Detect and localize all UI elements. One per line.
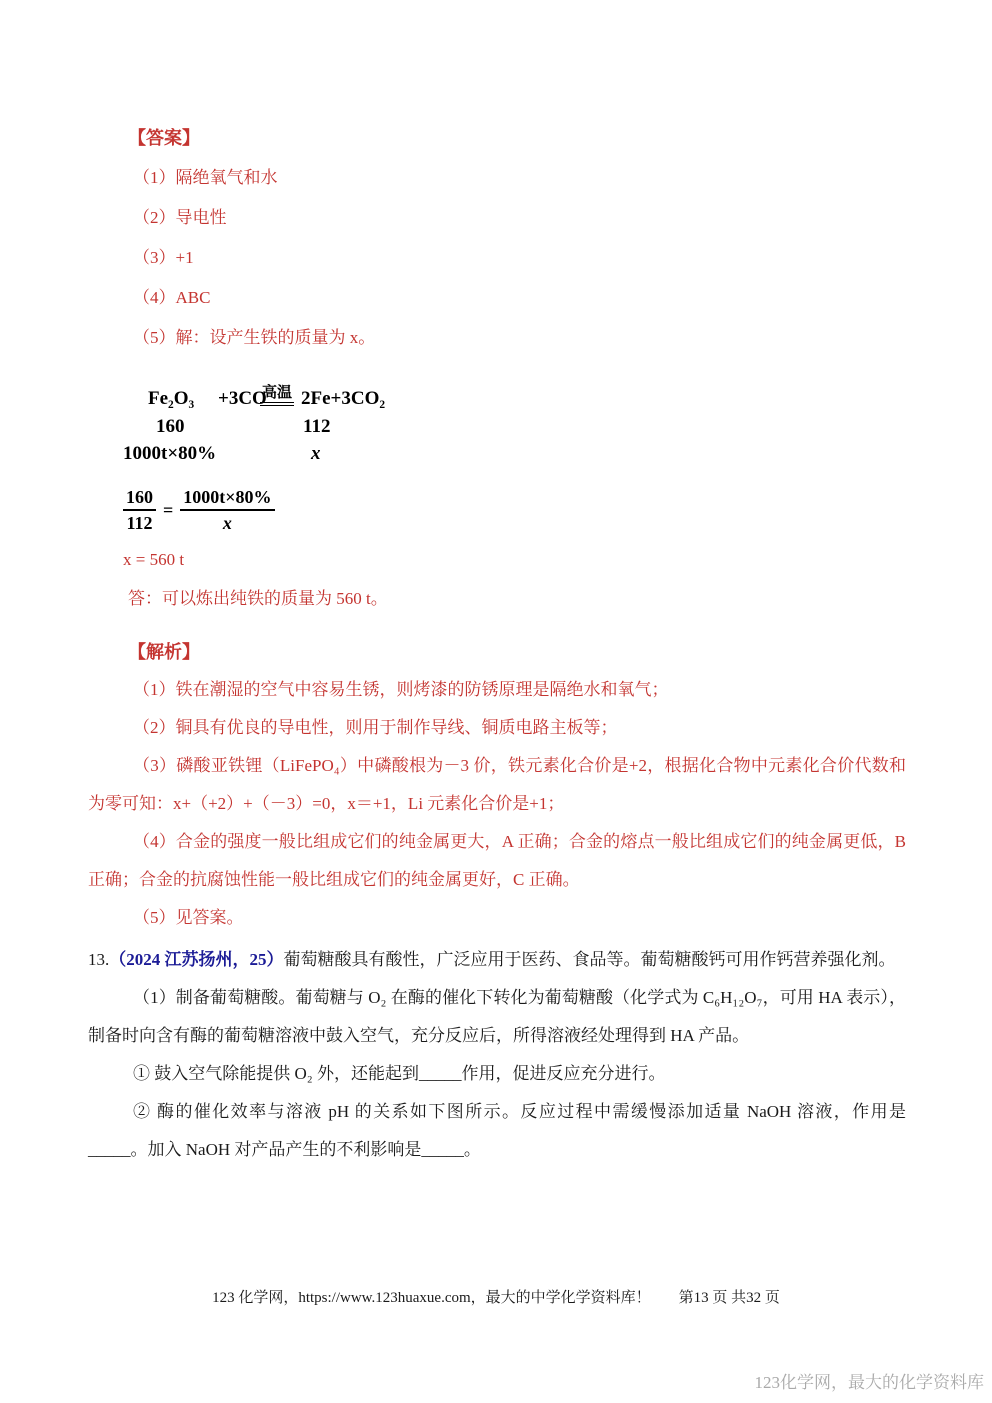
equation-unknown-x: x xyxy=(311,443,321,465)
document-page: 【答案】 （1）隔绝氧气和水 （2）导电性 （3）+1 （4）ABC （5）解：… xyxy=(0,0,992,1403)
question-13-part1: （1）制备葡萄糖酸。葡萄糖与 O₂ 在酶的催化下转化为葡萄糖酸（化学式为 C₆H… xyxy=(88,979,906,1055)
analysis-item-3: （3）磷酸亚铁锂（LiFePO₄）中磷酸根为－3 价，铁元素化合价是+2，根据化… xyxy=(88,747,906,823)
question-13: 13.（2024 江苏扬州，25）葡萄糖酸具有酸性，广泛应用于医药、食品等。葡萄… xyxy=(88,941,906,1169)
equation-molar-mass-product: 112 xyxy=(303,416,330,438)
footer-site-info: 123 化学网，https://www.123huaxue.com，最大的中学化… xyxy=(212,1290,651,1306)
answer-item-5: （5）解：设产生铁的质量为 x。 xyxy=(88,318,906,358)
equals-sign: = xyxy=(163,500,173,521)
fraction-left-denominator: 112 xyxy=(123,511,156,534)
proportion-equation: 160 112 = 1000t×80% x xyxy=(123,484,906,536)
analysis-item-4: （4）合金的强度一般比组成它们的纯金属更大，A 正确；合金的熔点一般比组成它们的… xyxy=(88,823,906,899)
answer-item-3: （3）+1 xyxy=(88,238,906,278)
question-stem: 葡萄糖酸具有酸性，广泛应用于医药、食品等。葡萄糖酸钙可用作钙营养强化剂。 xyxy=(284,950,896,969)
fraction-right-denominator: x xyxy=(180,511,274,534)
question-13-sub1: ① 鼓入空气除能提供 O₂ 外，还能起到_____作用，促进反应充分进行。 xyxy=(88,1055,906,1093)
answer-item-1: （1）隔绝氧气和水 xyxy=(88,158,906,198)
equation-reactant: Fe₂O₃ xyxy=(148,388,194,410)
footer-page-number: 第13 页 共32 页 xyxy=(679,1290,780,1306)
chemical-equation: Fe₂O₃ +3CO 高温 2Fe+3CO₂ 160 112 1000t×80%… xyxy=(123,388,906,468)
page-footer: 123 化学网，https://www.123huaxue.com，最大的中学化… xyxy=(0,1288,992,1308)
question-number: 13. xyxy=(88,950,109,969)
question-13-stem-line: 13.（2024 江苏扬州，25）葡萄糖酸具有酸性，广泛应用于医药、食品等。葡萄… xyxy=(88,941,906,979)
analysis-item-2: （2）铜具有优良的导电性，则用于制作导线、铜质电路主板等； xyxy=(88,709,906,747)
watermark-text: 123化学网，最大的化学资料库 xyxy=(755,1368,985,1393)
question-13-sub2: ② 酶的催化效率与溶液 pH 的关系如下图所示。反应过程中需缓慢添加适量 NaO… xyxy=(88,1093,906,1169)
fraction-right: 1000t×80% x xyxy=(180,486,274,534)
fraction-left-numerator: 160 xyxy=(123,486,156,511)
solution-result: x = 560 t xyxy=(88,548,906,572)
answer-item-2: （2）导电性 xyxy=(88,198,906,238)
analysis-item-1: （1）铁在潮湿的空气中容易生锈，则烤漆的防锈原理是隔绝水和氧气； xyxy=(88,671,906,709)
analysis-header: 【解析】 xyxy=(88,633,906,671)
equation-products: 2Fe+3CO₂ xyxy=(301,388,385,410)
answer-section: 【答案】 （1）隔绝氧气和水 （2）导电性 （3）+1 （4）ABC （5）解：… xyxy=(88,118,906,611)
fraction-right-numerator: 1000t×80% xyxy=(180,486,274,511)
page-content: 【答案】 （1）隔绝氧气和水 （2）导电性 （3）+1 （4）ABC （5）解：… xyxy=(88,118,906,1169)
solution-answer-sentence: 答：可以炼出纯铁的质量为 560 t。 xyxy=(88,587,906,611)
analysis-item-5: （5）见答案。 xyxy=(88,899,906,937)
equation-molar-mass-reactant: 160 xyxy=(156,416,185,438)
analysis-section: 【解析】 （1）铁在潮湿的空气中容易生锈，则烤漆的防锈原理是隔绝水和氧气； （2… xyxy=(88,633,906,937)
answer-header: 【答案】 xyxy=(88,118,906,158)
question-source: （2024 江苏扬州，25） xyxy=(109,950,283,969)
equation-condition-label: 高温 xyxy=(260,381,294,406)
answer-item-4: （4）ABC xyxy=(88,278,906,318)
equation-given-mass: 1000t×80% xyxy=(123,443,216,465)
fraction-left: 160 112 xyxy=(123,486,156,534)
